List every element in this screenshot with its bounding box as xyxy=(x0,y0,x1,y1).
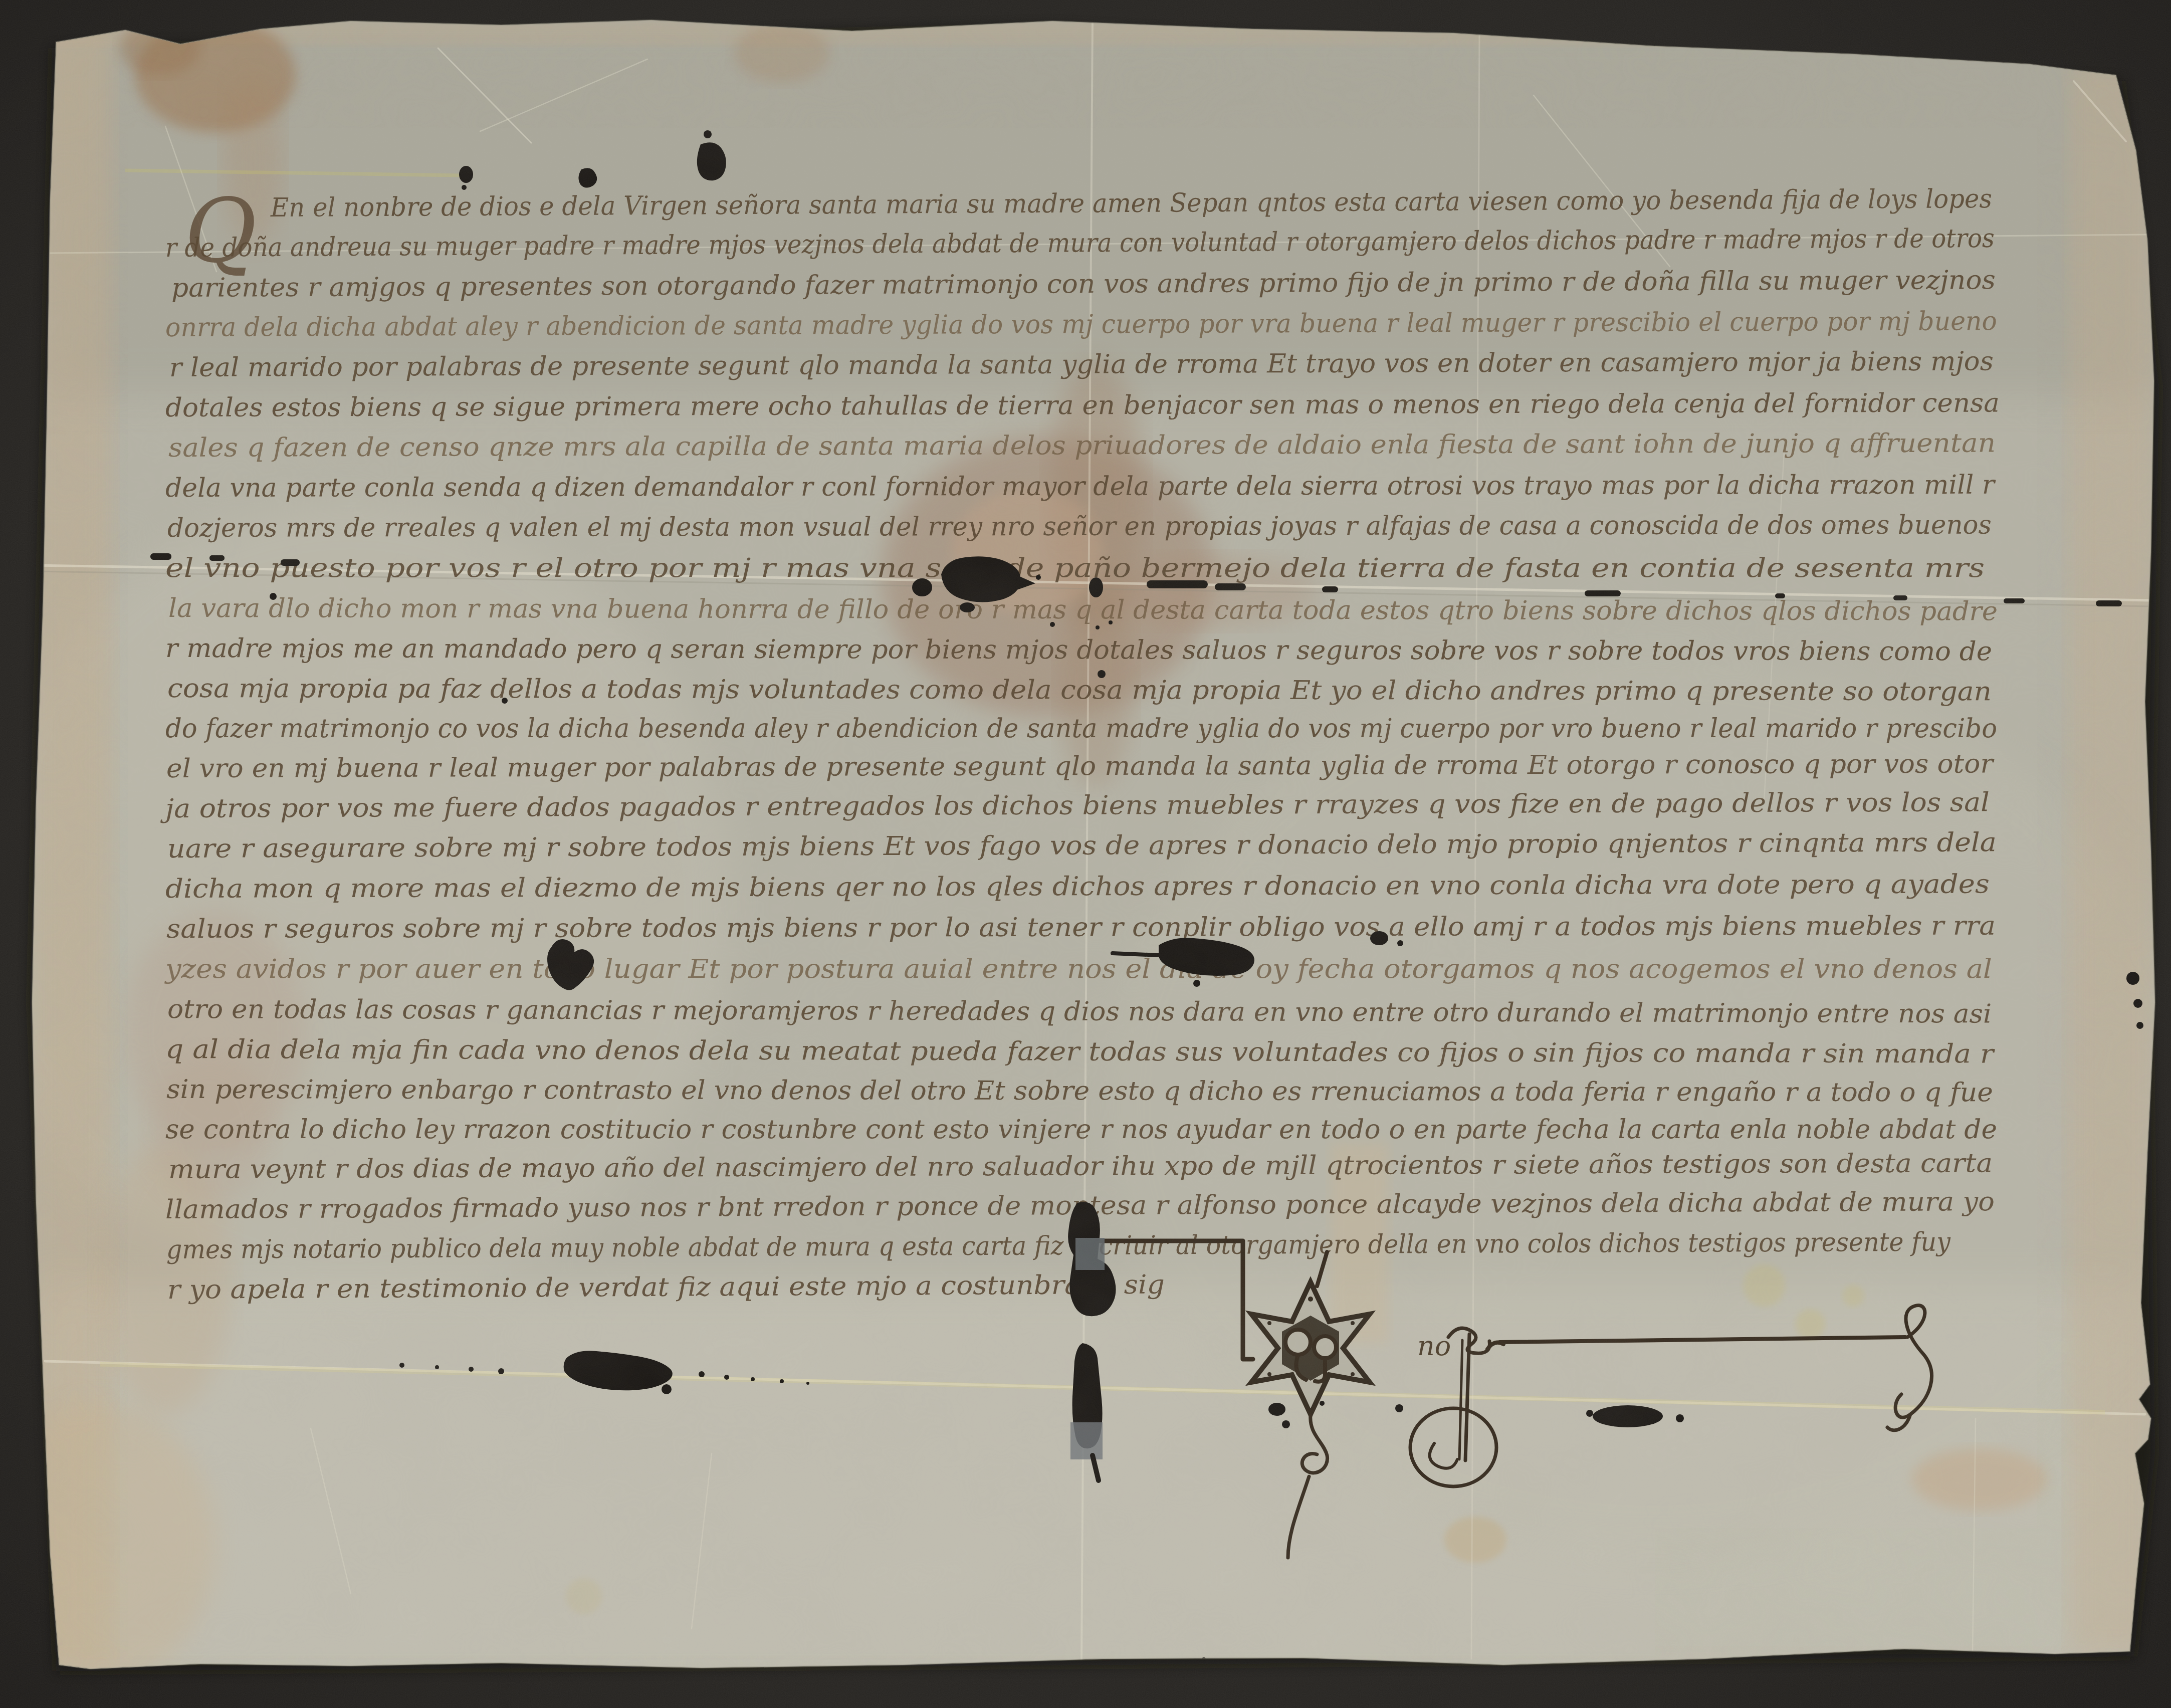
scan-canvas: Q En el nonbre de dios e dela Virgen señ… xyxy=(0,0,2171,1708)
parchment-sheet: Q En el nonbre de dios e dela Virgen señ… xyxy=(0,0,2171,1708)
manuscript-photo: Q En el nonbre de dios e dela Virgen señ… xyxy=(0,0,2171,1708)
parchment-grain xyxy=(0,0,2171,1708)
